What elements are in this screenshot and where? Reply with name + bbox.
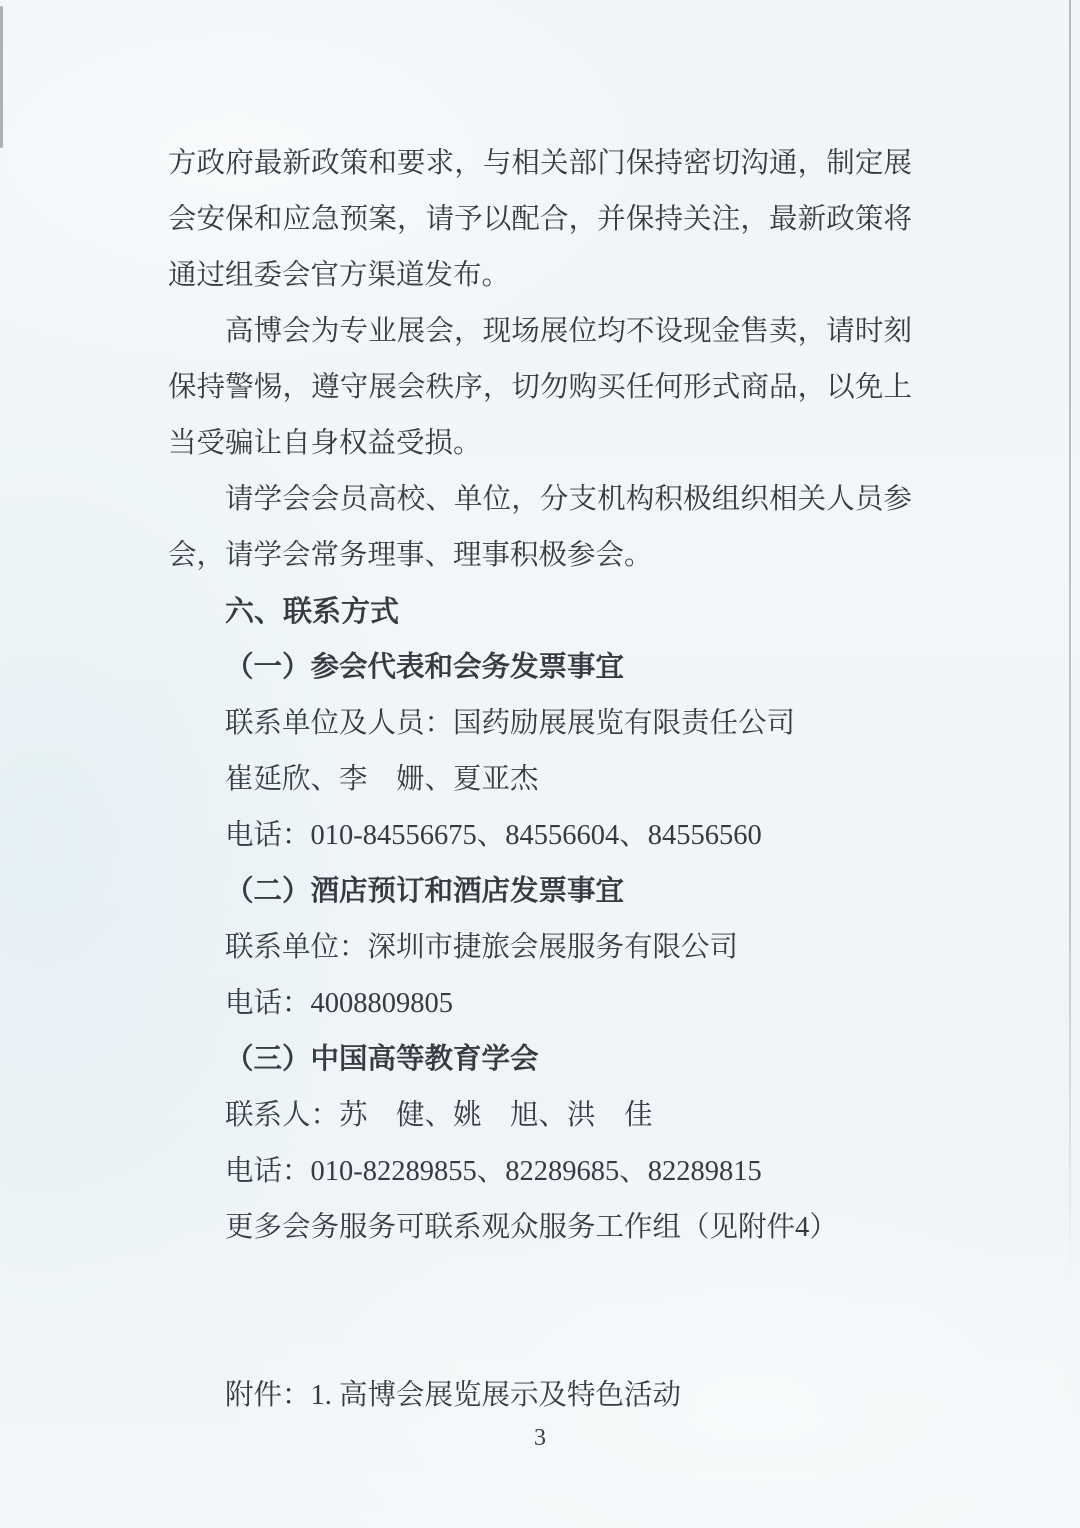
body-line: 当受骗让自身权益受损。 (168, 416, 912, 472)
body-line: 方政府最新政策和要求，与相关部门保持密切沟通，制定展 (168, 136, 912, 192)
body-line: 通过组委会官方渠道发布。 (168, 248, 912, 304)
subsection-heading-3: （三）中国高等教育学会 (168, 1032, 912, 1088)
scan-artifact-left-edge (0, 6, 3, 148)
phone-line: 电话：010-84556675、84556604、84556560 (168, 808, 912, 864)
document-body: 方政府最新政策和要求，与相关部门保持密切沟通，制定展 会安保和应急预案，请予以配… (168, 136, 912, 1424)
body-line: 会，请学会常务理事、理事积极参会。 (168, 528, 912, 584)
document-page: 方政府最新政策和要求，与相关部门保持密切沟通，制定展 会安保和应急预案，请予以配… (0, 0, 1080, 1528)
more-services-line: 更多会务服务可联系观众服务工作组（见附件4） (168, 1200, 912, 1256)
body-line: 会安保和应急预案，请予以配合，并保持关注，最新政策将 (168, 192, 912, 248)
subsection-heading-1: （一）参会代表和会务发票事宜 (168, 640, 912, 696)
body-line: 请学会会员高校、单位，分支机构积极组织相关人员参 (168, 472, 912, 528)
body-line: 高博会为专业展会，现场展位均不设现金售卖，请时刻 (168, 304, 912, 360)
page-number: 3 (0, 1410, 1080, 1466)
contact-names-line: 联系人：苏 健、姚 旭、洪 佳 (168, 1088, 912, 1144)
body-line: 保持警惕，遵守展会秩序，切勿购买任何形式商品，以免上 (168, 360, 912, 416)
subsection-heading-2: （二）酒店预订和酒店发票事宜 (168, 864, 912, 920)
scan-artifact-right-edge (1069, 0, 1071, 1280)
phone-line: 电话：4008809805 (168, 976, 912, 1032)
phone-line: 电话：010-82289855、82289685、82289815 (168, 1144, 912, 1200)
contact-org-line: 联系单位：深圳市捷旅会展服务有限公司 (168, 920, 912, 976)
contact-org-line: 联系单位及人员：国药励展展览有限责任公司 (168, 696, 912, 752)
contact-names-line: 崔延欣、李 姗、夏亚杰 (168, 752, 912, 808)
section-heading-contact: 六、联系方式 (168, 584, 912, 640)
